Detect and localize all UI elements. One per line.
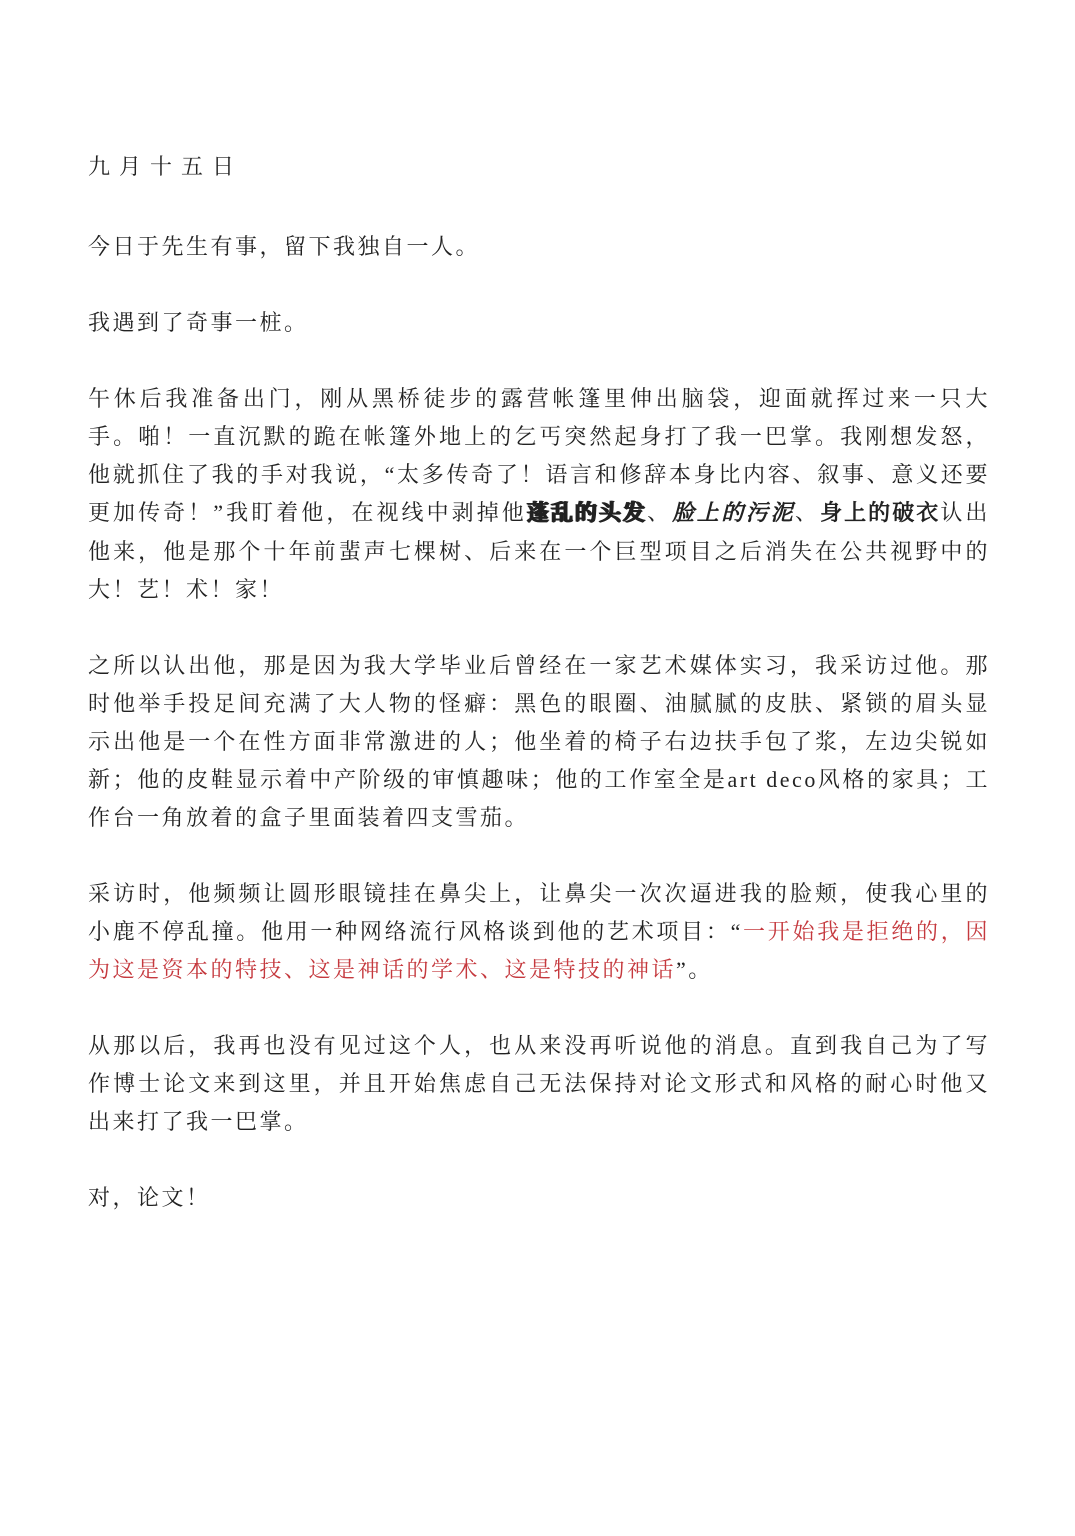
paragraph-4: 之所以认出他，那是因为我大学毕业后曾经在一家艺术媒体实习，我采访过他。那时他举手… [88, 647, 990, 837]
paragraph-3: 午休后我准备出门，刚从黑桥徒步的露营帐篷里伸出脑袋，迎面就挥过来一只大手。啪！一… [88, 380, 990, 609]
text-run-normal: ”。 [676, 957, 713, 982]
text-run-normal: 九月十五日 [88, 154, 243, 179]
text-run-rounded: 身上的破衣 [820, 501, 940, 526]
text-run-normal: 从那以后，我再也没有见过这个人，也从来没再听说他的消息。直到我自己为了写作博士论… [88, 1033, 990, 1134]
paragraph-2: 我遇到了奇事一桩。 [88, 304, 990, 342]
date-heading: 九月十五日 [88, 148, 990, 186]
paragraph-1: 今日于先生有事，留下我独自一人。 [88, 228, 990, 266]
text-run-normal: 、 [647, 500, 672, 525]
document-body: 九月十五日今日于先生有事，留下我独自一人。我遇到了奇事一桩。午休后我准备出门，刚… [88, 148, 990, 1255]
paragraph-6: 从那以后，我再也没有见过这个人，也从来没再听说他的消息。直到我自己为了写作博士论… [88, 1027, 990, 1141]
paragraph-7: 对，论文！ [88, 1179, 990, 1217]
text-run-heavy: 蓬乱的头发 [527, 501, 647, 526]
text-run-normal: 、 [795, 500, 820, 525]
text-run-normal: 之所以认出他，那是因为我大学毕业后曾经在一家艺术媒体实习，我采访过他。那时他举手… [88, 653, 990, 830]
text-run-normal: 我遇到了奇事一桩。 [88, 310, 309, 335]
text-run-normal: 对，论文！ [88, 1185, 211, 1210]
document-page: 九月十五日今日于先生有事，留下我独自一人。我遇到了奇事一桩。午休后我准备出门，刚… [0, 0, 1075, 1536]
text-run-script: 脸上的污泥 [672, 500, 795, 525]
text-run-normal: 今日于先生有事，留下我独自一人。 [88, 234, 480, 259]
paragraph-5: 采访时，他频频让圆形眼镜挂在鼻尖上，让鼻尖一次次逼进我的脸颊，使我心里的小鹿不停… [88, 875, 990, 989]
